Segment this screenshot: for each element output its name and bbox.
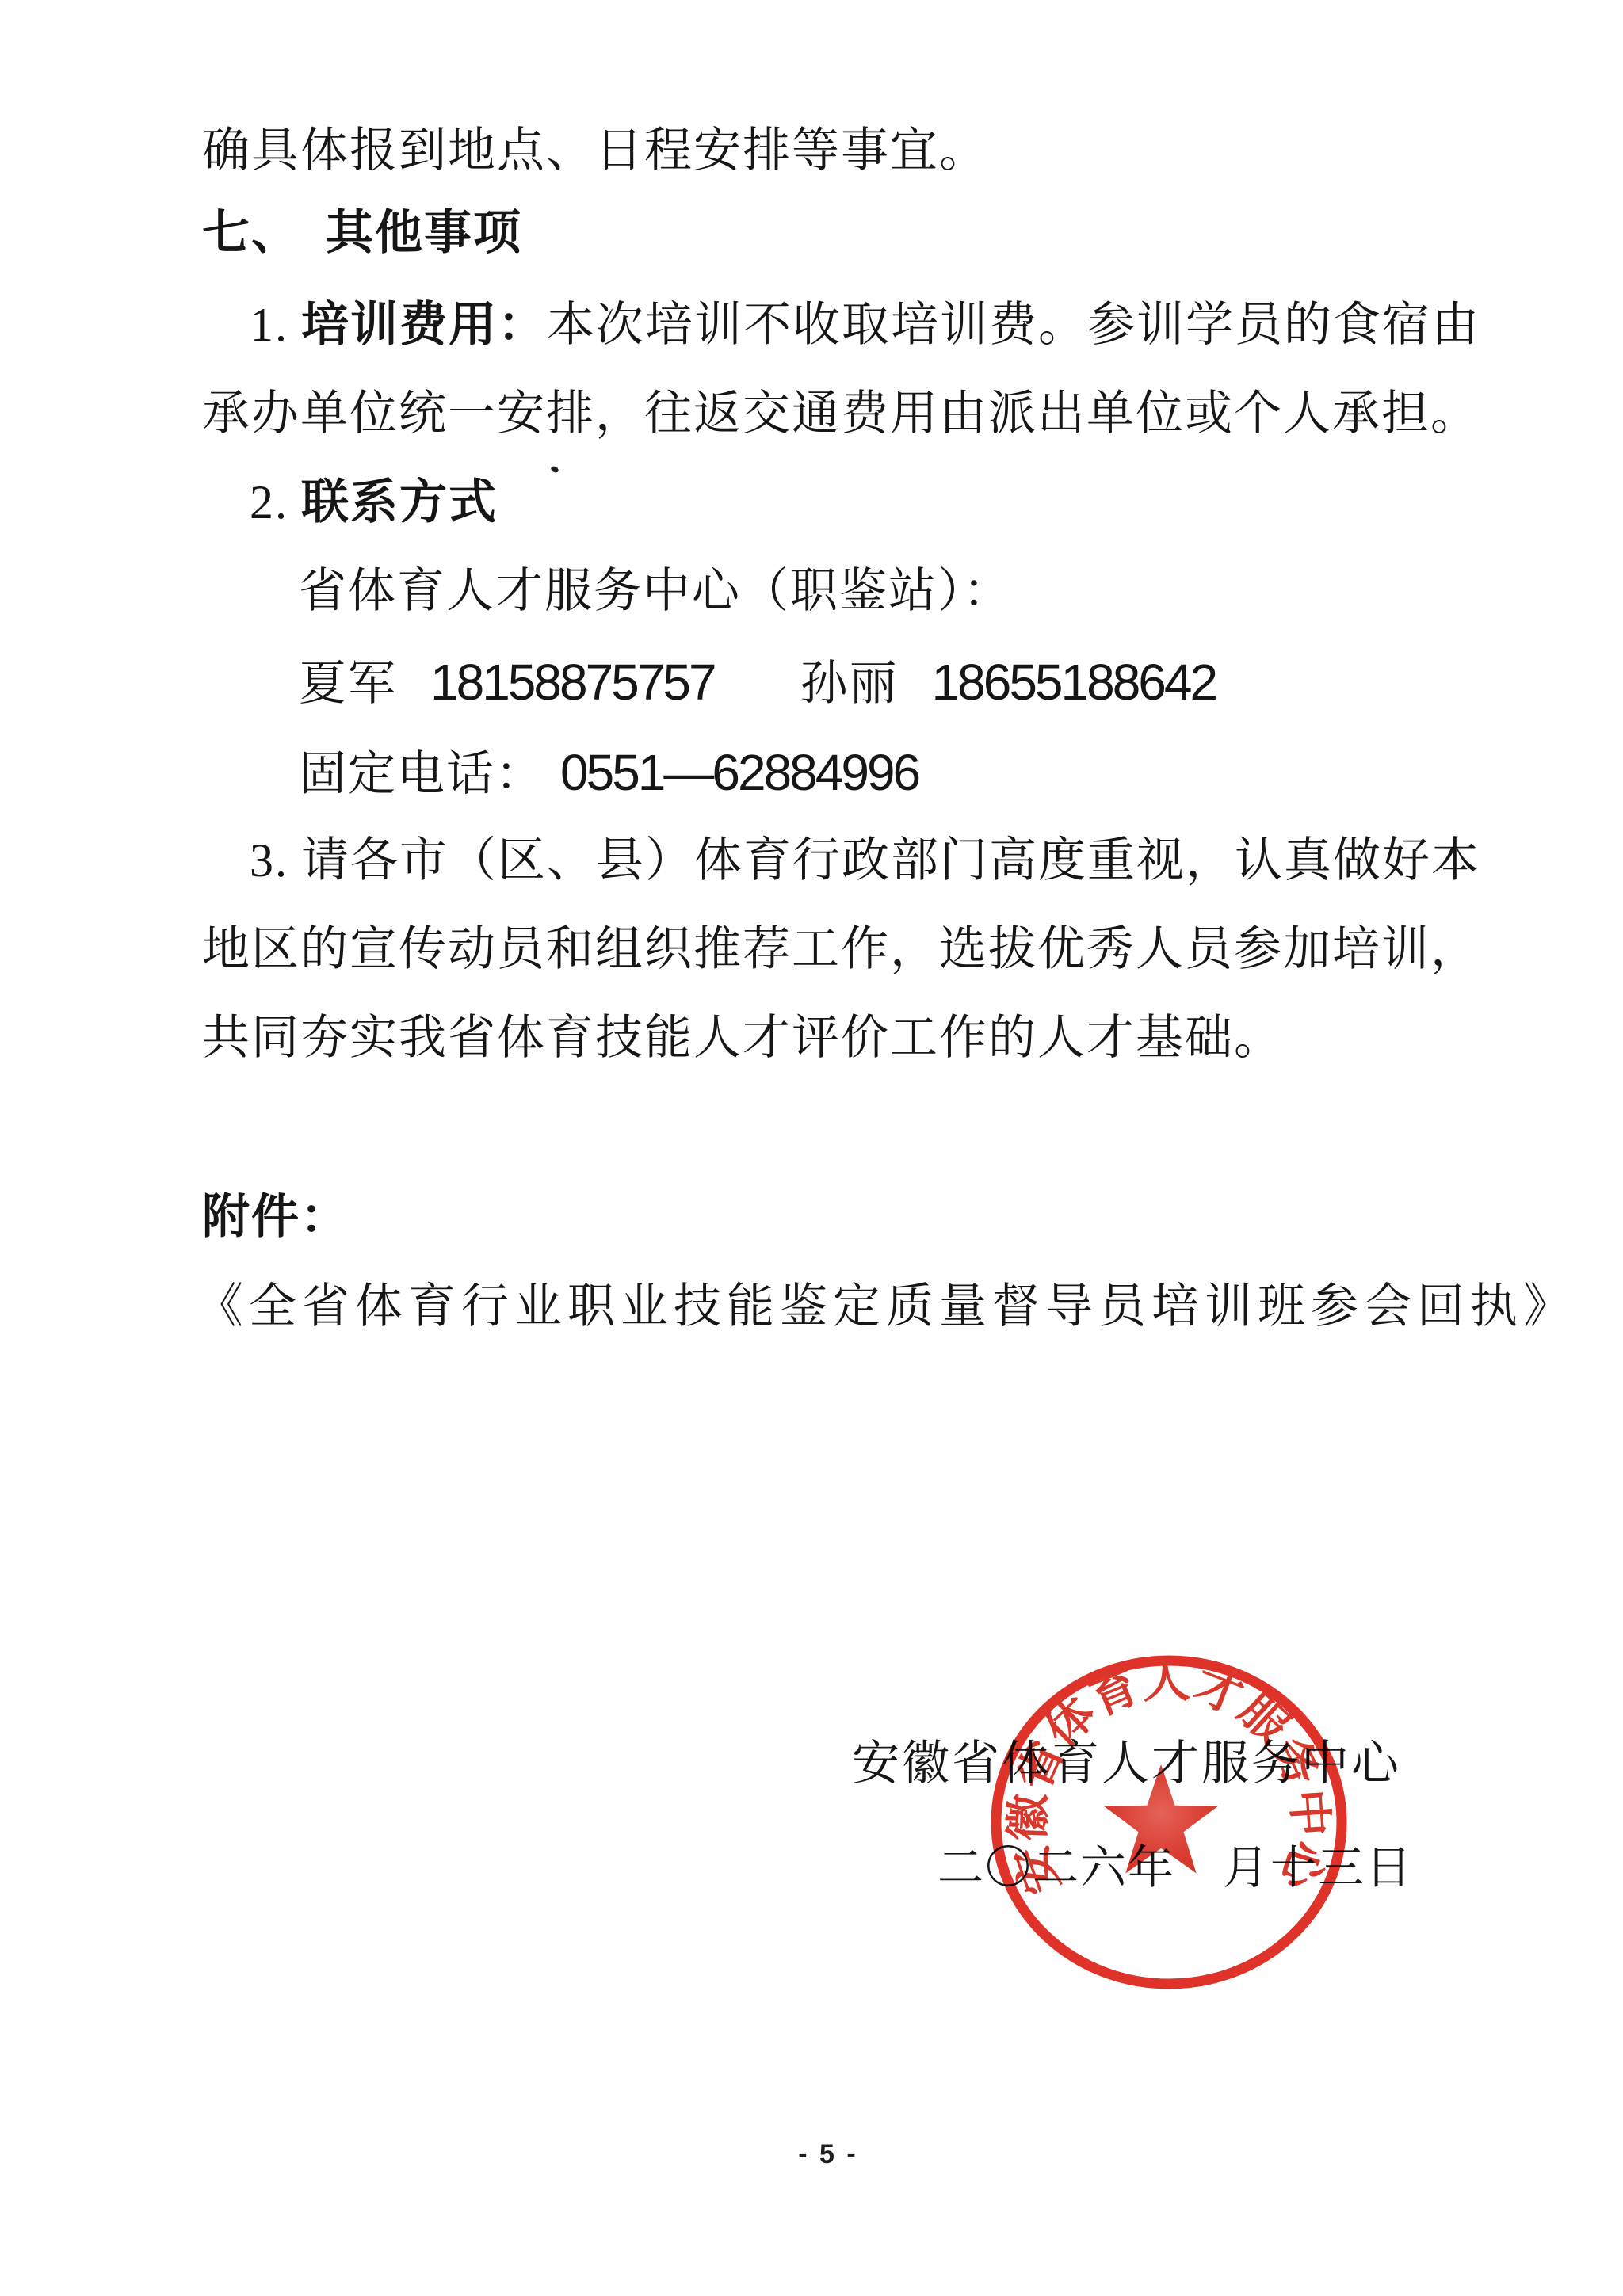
- seal-star-icon: [1104, 1764, 1219, 1874]
- contact-name-2: 孙丽: [800, 658, 899, 710]
- official-seal: 安徽省体育人才服务中心: [963, 1634, 1375, 2046]
- seal-ring-text: 安徽省体育人才服务中心: [1003, 1657, 1335, 1901]
- contact-phones-line: 夏军18158875757孙丽18655188642: [299, 655, 1216, 710]
- item1-label: 培训费用：: [301, 299, 547, 351]
- item1-number: 1.: [250, 299, 288, 351]
- item3-number: 3.: [250, 834, 288, 887]
- body-line-continuation: 确具体报到地点、日程安排等事宜。: [202, 125, 988, 177]
- landline-label: 固定电话：: [299, 748, 544, 800]
- attachment-title: 《全省体育行业职业技能鉴定质量督导员培训班参会回执》: [196, 1281, 1576, 1333]
- item1-continuation: 承办单位统一安排，往返交通费用由派出单位或个人承担。: [202, 388, 1480, 440]
- attachment-label: 附件：: [202, 1192, 349, 1243]
- contact-name-1: 夏军: [299, 658, 397, 710]
- page-number: - 5 -: [792, 2139, 864, 2170]
- scan-ink-dot: [550, 465, 559, 474]
- item2-label: 联系方式: [301, 476, 498, 528]
- item3-line-2: 地区的宣传动员和组织推荐工作，选拔优秀人员参加培训，: [202, 924, 1480, 975]
- item1-line: 1.培训费用：本次培训不收取培训费。参训学员的食宿由: [250, 299, 1480, 351]
- svg-text:安徽省体育人才服务中心: 安徽省体育人才服务中心: [1003, 1657, 1335, 1901]
- document-page: 确具体报到地点、日程安排等事宜。 七、 其他事项 1.培训费用：本次培训不收取培…: [0, 0, 1623, 2296]
- item3-line-3: 共同夯实我省体育技能人才评价工作的人才基础。: [202, 1013, 1283, 1064]
- item1-text: 本次培训不收取培训费。参训学员的食宿由: [547, 299, 1480, 351]
- item3-line-1: 3.请各市（区、县）体育行政部门高度重视，认真做好本: [250, 835, 1480, 887]
- landline-number: 0551—62884996: [560, 744, 918, 801]
- contact-phone-1: 18158875757: [430, 654, 715, 711]
- contact-phone-2: 18655188642: [932, 654, 1216, 711]
- item2-line: 2.联系方式: [250, 477, 498, 528]
- item2-number: 2.: [250, 476, 288, 528]
- item3-text-1: 请各市（区、县）体育行政部门高度重视，认真做好本: [301, 834, 1480, 887]
- section-heading: 七、 其他事项: [202, 208, 522, 259]
- contact-org-line: 省体育人才服务中心（职鉴站）：: [299, 566, 1012, 617]
- landline-line: 固定电话：0551—62884996: [299, 746, 918, 800]
